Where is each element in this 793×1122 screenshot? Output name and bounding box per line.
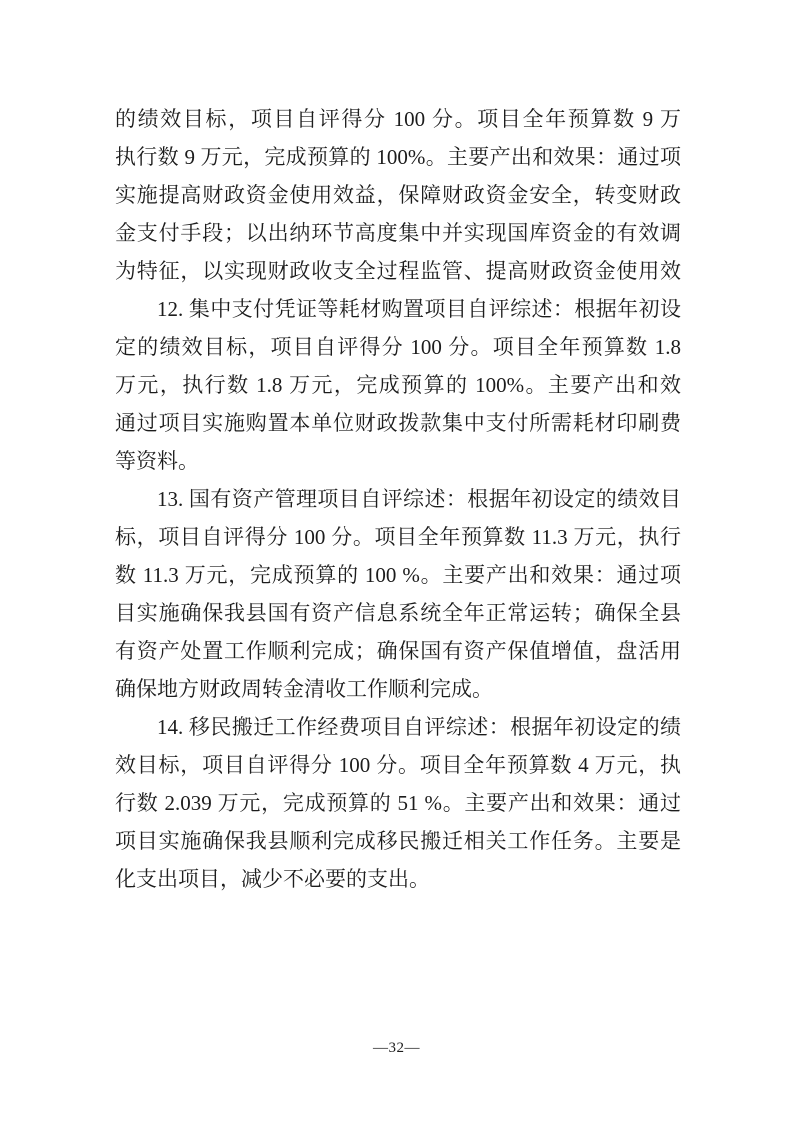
text-line: 执行数 9 万元，完成预算的 100%。主要产出和效果：通过项目 — [115, 138, 681, 176]
text-line: 金支付手段；以出纳环节高度集中并实现国库资金的有效调度 — [115, 214, 681, 252]
text-line: 有资产处置工作顺利完成；确保国有资产保值增值，盘活用活； — [115, 632, 681, 670]
text-line: 行数 2.039 万元，完成预算的 51 %。主要产出和效果：通过 — [115, 784, 681, 822]
text-line: 万元，执行数 1.8 万元，完成预算的 100%。主要产出和效果： — [115, 366, 681, 404]
text-line: 实施提高财政资金使用效益，保障财政资金安全，转变财政资 — [115, 176, 681, 214]
text-line: 确保地方财政周转金清收工作顺利完成。 — [115, 670, 681, 708]
paragraph-item-14: 14. 移民搬迁工作经费项目自评综述：根据年初设定的绩 效目标，项目自评得分 1… — [115, 708, 681, 898]
text-line: 定的绩效目标，项目自评得分 100 分。项目全年预算数 1.8 — [115, 328, 681, 366]
text-line: 的绩效目标，项目自评得分 100 分。项目全年预算数 9 万元， — [115, 100, 681, 138]
text-line: 等资料。 — [115, 442, 681, 480]
text-line: 通过项目实施购置本单位财政拨款集中支付所需耗材印刷费 — [115, 404, 681, 442]
text-line: 数 11.3 万元，完成预算的 100 %。主要产出和效果：通过项 — [115, 556, 681, 594]
text-line: 14. 移民搬迁工作经费项目自评综述：根据年初设定的绩 — [115, 708, 681, 746]
text-line: 化支出项目，减少不必要的支出。 — [115, 860, 681, 898]
page-number: —32— — [0, 1040, 793, 1057]
paragraph-item-12: 12. 集中支付凭证等耗材购置项目自评综述：根据年初设 定的绩效目标，项目自评得… — [115, 290, 681, 480]
text-line: 标，项目自评得分 100 分。项目全年预算数 11.3 万元，执行 — [115, 518, 681, 556]
text-line: 12. 集中支付凭证等耗材购置项目自评综述：根据年初设 — [115, 290, 681, 328]
paragraph-continuation: 的绩效目标，项目自评得分 100 分。项目全年预算数 9 万元， 执行数 9 万… — [115, 100, 681, 290]
text-line: 为特征，以实现财政收支全过程监管、提高财政资金使用效益。 — [115, 252, 681, 290]
body-text: 的绩效目标，项目自评得分 100 分。项目全年预算数 9 万元， 执行数 9 万… — [115, 100, 681, 898]
paragraph-item-13: 13. 国有资产管理项目自评综述：根据年初设定的绩效目 标，项目自评得分 100… — [115, 480, 681, 708]
document-page: 的绩效目标，项目自评得分 100 分。项目全年预算数 9 万元， 执行数 9 万… — [0, 0, 793, 1122]
text-line: 效目标，项目自评得分 100 分。项目全年预算数 4 万元，执 — [115, 746, 681, 784]
text-line: 13. 国有资产管理项目自评综述：根据年初设定的绩效目 — [115, 480, 681, 518]
text-line: 项目实施确保我县顺利完成移民搬迁相关工作任务。主要是优 — [115, 822, 681, 860]
text-line: 目实施确保我县国有资产信息系统全年正常运转；确保全县国 — [115, 594, 681, 632]
